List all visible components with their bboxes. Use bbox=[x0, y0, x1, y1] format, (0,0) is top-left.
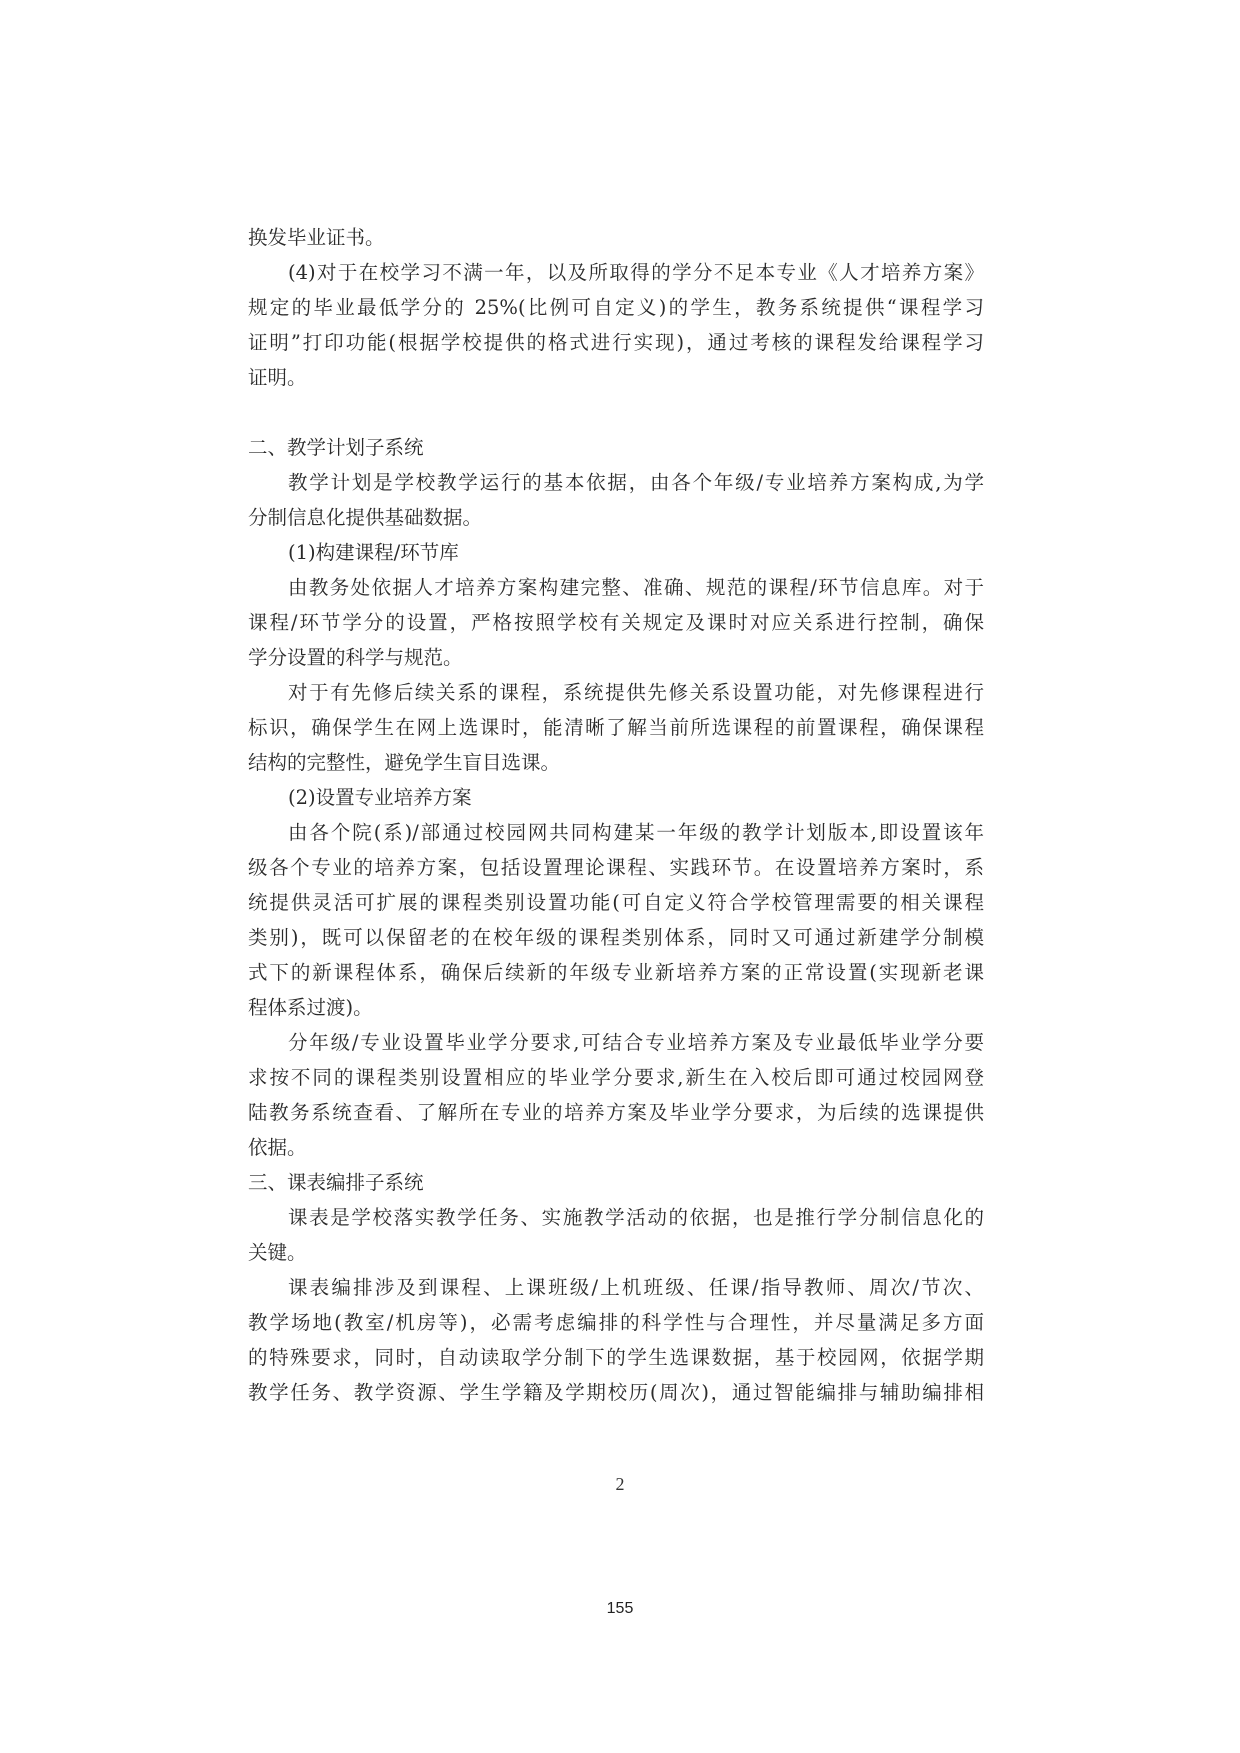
section-heading: 三、课表编排子系统 bbox=[248, 1165, 984, 1200]
text-line: 结构的完整性，避免学生盲目选课。 bbox=[248, 745, 984, 780]
text-line: 证明”打印功能(根据学校提供的格式进行实现)，通过考核的课程发给课程学习 bbox=[248, 325, 984, 360]
text-line: 级各个专业的培养方案，包括设置理论课程、实践环节。在设置培养方案时，系 bbox=[248, 850, 984, 885]
text-line: 课程/环节学分的设置，严格按照学校有关规定及课时对应关系进行控制，确保 bbox=[248, 605, 984, 640]
text-line: 式下的新课程体系，确保后续新的年级专业新培养方案的正常设置(实现新老课 bbox=[248, 955, 984, 990]
text-line: 类别)，既可以保留老的在校年级的课程类别体系，同时又可通过新建学分制模 bbox=[248, 920, 984, 955]
text-line: 标识，确保学生在网上选课时，能清晰了解当前所选课程的前置课程，确保课程 bbox=[248, 710, 984, 745]
text-line: (4)对于在校学习不满一年，以及所取得的学分不足本专业《人才培养方案》 bbox=[248, 255, 984, 290]
text-line: 课表编排涉及到课程、上课班级/上机班级、任课/指导教师、周次/节次、 bbox=[248, 1270, 984, 1305]
text-line: 换发毕业证书。 bbox=[248, 220, 984, 255]
text-line: 规定的毕业最低学分的 25%(比例可自定义)的学生，教务系统提供“课程学习 bbox=[248, 290, 984, 325]
text-line: 由各个院(系)/部通过校园网共同构建某一年级的教学计划版本,即设置该年 bbox=[248, 815, 984, 850]
text-line: 学分设置的科学与规范。 bbox=[248, 640, 984, 675]
text-line: 陆教务系统查看、了解所在专业的培养方案及毕业学分要求，为后续的选课提供 bbox=[248, 1095, 984, 1130]
text-line: 分制信息化提供基础数据。 bbox=[248, 500, 984, 535]
blank-line bbox=[248, 395, 984, 430]
text-line: 关键。 bbox=[248, 1235, 984, 1270]
page-number: 2 bbox=[0, 1474, 1240, 1495]
text-line: 课表是学校落实教学任务、实施教学活动的依据，也是推行学分制信息化的 bbox=[248, 1200, 984, 1235]
text-line: 的特殊要求，同时，自动读取学分制下的学生选课数据，基于校园网，依据学期 bbox=[248, 1340, 984, 1375]
document-body: 换发毕业证书。(4)对于在校学习不满一年，以及所取得的学分不足本专业《人才培养方… bbox=[248, 220, 984, 1410]
text-line: 分年级/专业设置毕业学分要求,可结合专业培养方案及专业最低毕业学分要 bbox=[248, 1025, 984, 1060]
text-line: 教学场地(教室/机房等)，必需考虑编排的科学性与合理性，并尽量满足多方面 bbox=[248, 1305, 984, 1340]
text-line: 教学任务、教学资源、学生学籍及学期校历(周次)，通过智能编排与辅助编排相 bbox=[248, 1375, 984, 1410]
text-line: 对于有先修后续关系的课程，系统提供先修关系设置功能，对先修课程进行 bbox=[248, 675, 984, 710]
text-line: 依据。 bbox=[248, 1130, 984, 1165]
subheading-line: (2)设置专业培养方案 bbox=[248, 780, 984, 815]
section-heading: 二、教学计划子系统 bbox=[248, 430, 984, 465]
text-line: 证明。 bbox=[248, 360, 984, 395]
subheading-line: (1)构建课程/环节库 bbox=[248, 535, 984, 570]
text-line: 由教务处依据人才培养方案构建完整、准确、规范的课程/环节信息库。对于 bbox=[248, 570, 984, 605]
footer-page-number: 155 bbox=[0, 1600, 1240, 1618]
text-line: 教学计划是学校教学运行的基本依据，由各个年级/专业培养方案构成,为学 bbox=[248, 465, 984, 500]
text-line: 求按不同的课程类别设置相应的毕业学分要求,新生在入校后即可通过校园网登 bbox=[248, 1060, 984, 1095]
text-line: 统提供灵活可扩展的课程类别设置功能(可自定义符合学校管理需要的相关课程 bbox=[248, 885, 984, 920]
text-line: 程体系过渡)。 bbox=[248, 990, 984, 1025]
